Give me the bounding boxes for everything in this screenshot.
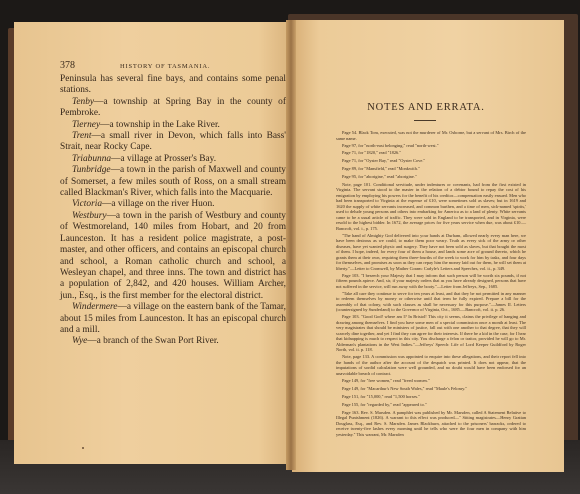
errata-paragraph: Page 155, for "regarded by," read "appea…	[336, 402, 526, 408]
errata-paragraph: Page 103. "I beseech your Majesty that I…	[336, 273, 526, 290]
gazetteer-entry: Tenby—a township at Spring Bay in the co…	[60, 97, 286, 120]
entry-text: —a small river in Devon, which falls int…	[60, 131, 286, 152]
title-rule	[414, 120, 436, 121]
entry-term: Trent	[72, 131, 91, 141]
entry-text: —a town in the parish of Westbury and co…	[60, 211, 286, 301]
entry-text: Peninsula has several fine bays, and con…	[60, 74, 286, 95]
gazetteer-entry: Tierney—a township in the Lake River.	[60, 120, 286, 131]
entry-term: Tenby	[72, 97, 94, 107]
gazetteer-entry: Windermere—a village on the eastern bank…	[60, 302, 286, 336]
errata-paragraph: Note, page 133. A commission was appoint…	[336, 354, 526, 376]
gazetteer-entry: Peninsula has several fine bays, and con…	[60, 74, 286, 97]
gazetteer-entry: Tunbridge—a town in the parish of Maxwel…	[60, 165, 286, 199]
entry-text: —a township in the Lake River.	[100, 120, 220, 130]
errata-paragraph: Page 103. "Good God! where am I? In Bris…	[336, 314, 526, 353]
entry-term: Windermere	[72, 302, 117, 312]
running-head: HISTORY OF TASMANIA.	[120, 63, 210, 70]
errata-paragraph: Page 71, for "1820," read "1826."	[336, 150, 526, 156]
entry-term: Tunbridge	[72, 165, 111, 175]
errata-paragraph: Page 151, for "15,000," read "1,500 hors…	[336, 394, 526, 400]
errata-paragraph: Page 149, for "Macarthur's New South Wal…	[336, 386, 526, 392]
errata-paragraph: Page 54. Black Tom, executed, was not th…	[336, 130, 526, 141]
errata-paragraph: "The hand of Almighty God delivered into…	[336, 233, 526, 272]
entry-text: —a village at Prosser's Bay.	[111, 154, 216, 164]
right-page-text: Page 54. Black Tom, executed, was not th…	[336, 130, 526, 439]
entry-term: Victoria	[72, 199, 102, 209]
gazetteer-entry: Wye—a branch of the Swan Port River.	[60, 336, 286, 347]
errata-paragraph: Page 95, for "aborigine," read "aborigin…	[336, 174, 526, 180]
gazetteer-entry: Victoria—a village on the river Huon.	[60, 199, 286, 210]
entry-term: Triabunna	[72, 154, 111, 164]
page-number: 378	[60, 60, 75, 71]
entry-term: Wye	[72, 336, 87, 346]
entry-text: —a branch of the Swan Port River.	[87, 336, 218, 346]
gazetteer-entry: Triabunna—a village at Prosser's Bay.	[60, 154, 286, 165]
entry-term: Westbury	[72, 211, 107, 221]
entry-text: —a township at Spring Bay in the county …	[60, 97, 286, 118]
left-page-text: Peninsula has several fine bays, and con…	[60, 74, 286, 348]
entry-term: Tierney	[72, 120, 100, 130]
errata-paragraph: Note, page 101. Conditional servitude, u…	[336, 182, 526, 232]
entry-text: —a village on the river Huon.	[102, 199, 214, 209]
gazetteer-entry: Trent—a small river in Devon, which fall…	[60, 131, 286, 154]
paper-spot	[82, 447, 84, 449]
errata-paragraph: Page 97, for "north-east belonging," rea…	[336, 143, 526, 149]
book-gutter	[286, 20, 296, 470]
errata-paragraph: "Take all care they continue to serve fo…	[336, 291, 526, 313]
errata-paragraph: Page 163. Rev. S. Marsden. A pamphlet wa…	[336, 410, 526, 438]
gazetteer-entry: Westbury—a town in the parish of Westbur…	[60, 211, 286, 302]
errata-paragraph: Page 89, for "Mansfield," read "Monkwith…	[336, 166, 526, 172]
errata-title: NOTES AND ERRATA.	[290, 102, 562, 113]
errata-paragraph: Page 149, for "free women," read "freed …	[336, 378, 526, 384]
errata-paragraph: Page 71, for "Oyster Bay," read "Oyster …	[336, 158, 526, 164]
